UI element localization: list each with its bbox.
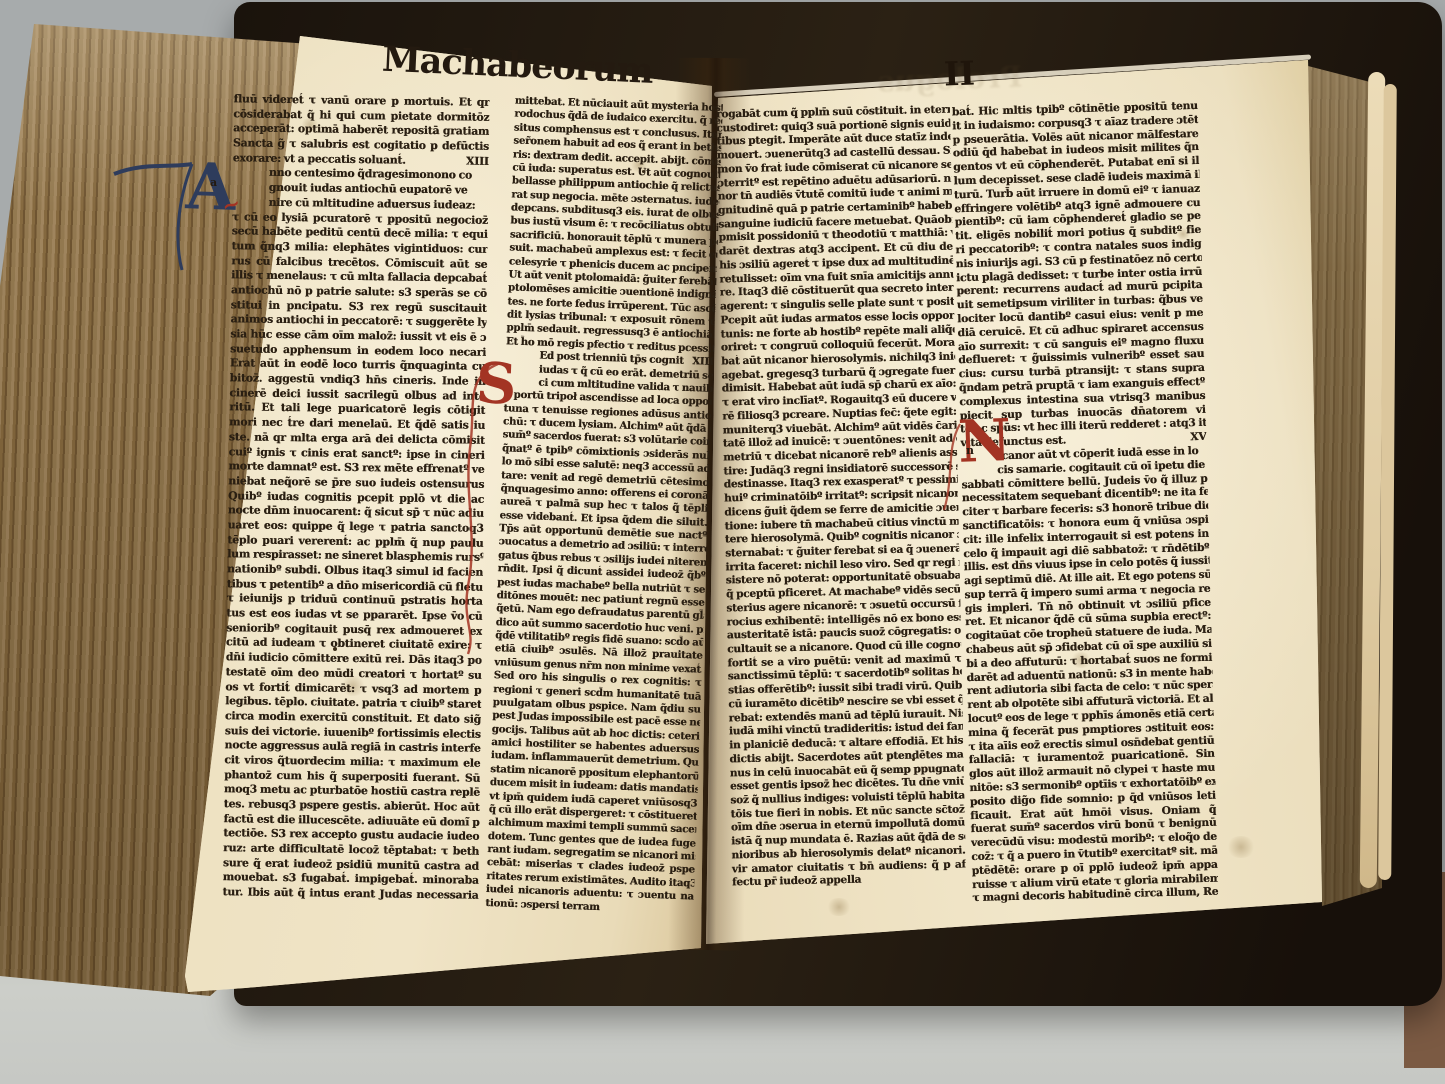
illuminated-initial-n: N: [957, 411, 1012, 471]
illuminated-initial-s: S: [475, 355, 517, 412]
text-column-right-1: rogabāt cum q̃ pplm̄ suū cōstituit. in e…: [716, 104, 966, 891]
running-head-right: II: [943, 53, 975, 93]
guide-letter-n: n: [966, 444, 974, 457]
text-column-left-2: mittebat. Et nūciauit aūt mysteria hosti…: [485, 94, 723, 917]
stain: [826, 898, 852, 916]
guide-letter-a: a: [210, 176, 217, 189]
stain: [1226, 836, 1256, 858]
photo-of-incunable-book: Prologus Machabeorum II fluū videret́ τ …: [0, 0, 1445, 1084]
